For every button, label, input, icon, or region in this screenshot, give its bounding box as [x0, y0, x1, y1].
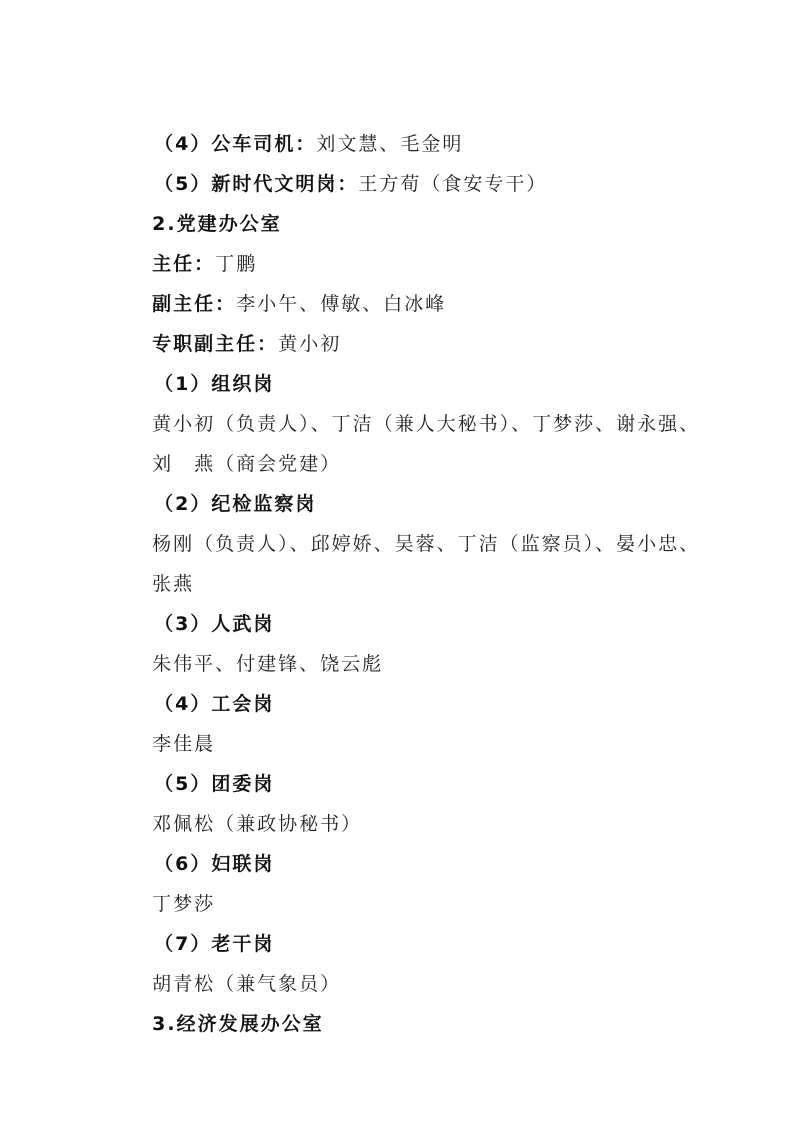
value-fulltime-deputy: 黄小初	[278, 333, 341, 355]
value-civilization-post: 王方荀（食安专干）	[358, 173, 547, 195]
document-page: （4）公车司机：刘文慧、毛金明 （5）新时代文明岗：王方荀（食安专干） 2.党建…	[0, 0, 792, 1122]
members-discipline-line1: 杨刚（负责人）、邱婷娇、吴蓉、丁洁（监察员）、晏小忠、	[120, 508, 700, 580]
section-economic-development-office: 3.经济发展办公室	[120, 988, 324, 1060]
section-title: 3.经济发展办公室	[152, 1013, 323, 1035]
